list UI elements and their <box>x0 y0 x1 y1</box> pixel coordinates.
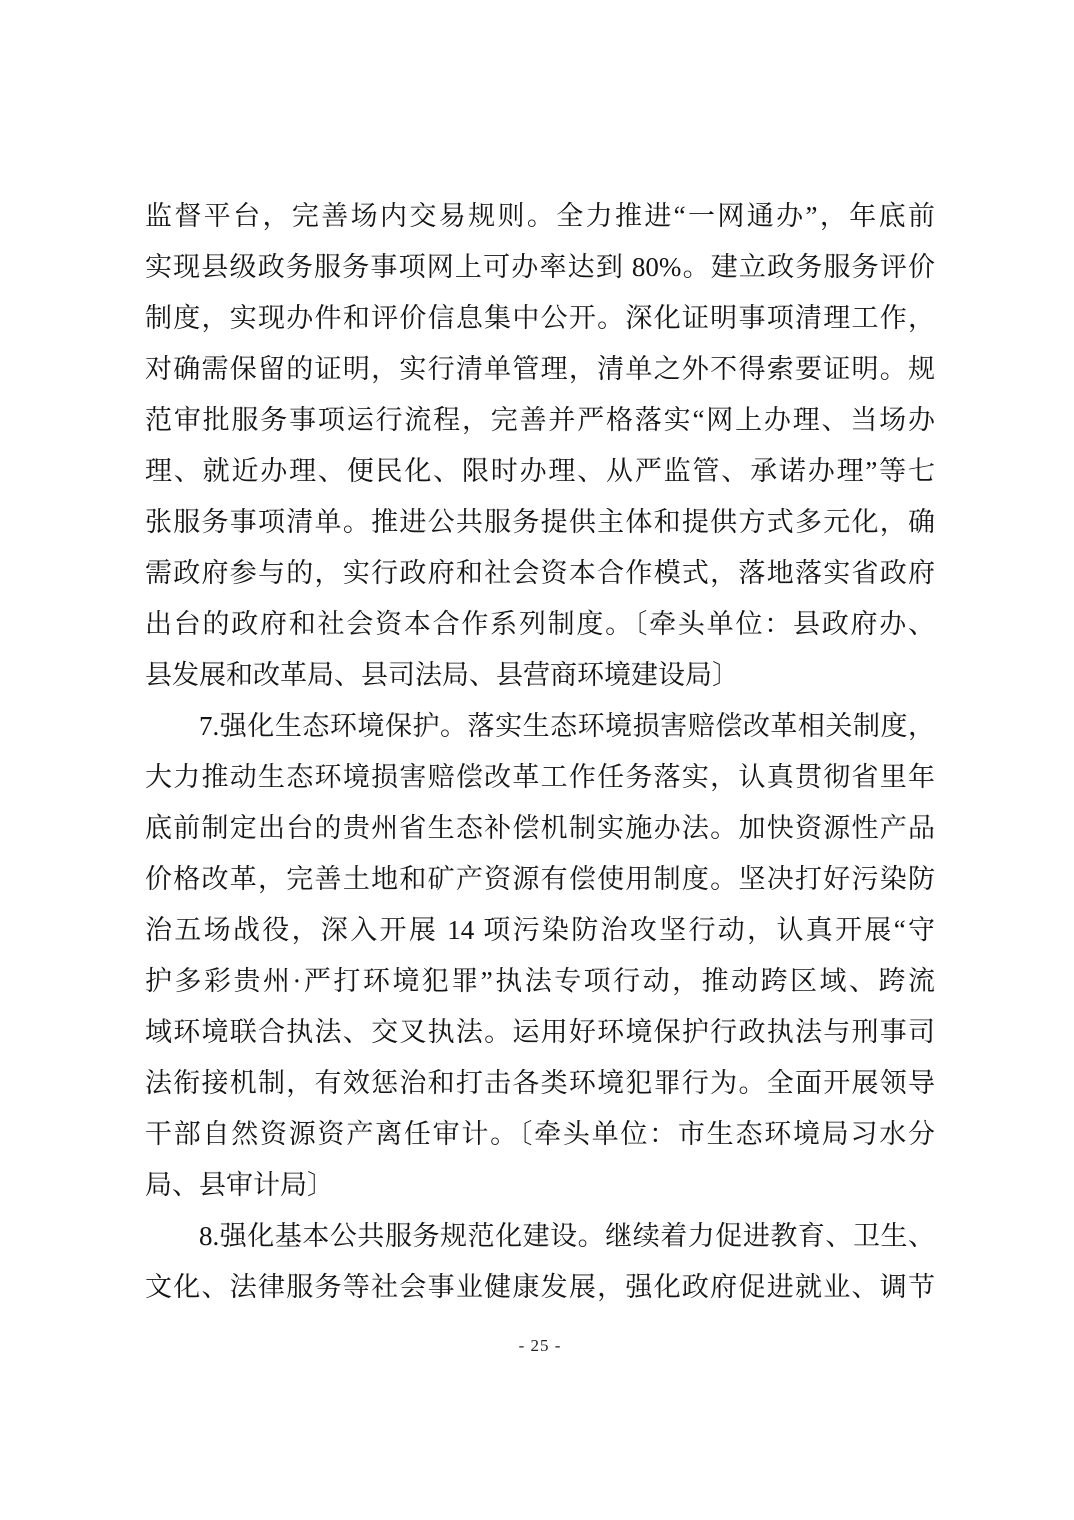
text-line: 出台的政府和社会资本合作系列制度。〔牵头单位：县政府办、 <box>145 599 935 650</box>
text-line: 大力推动生态环境损害赔偿改革工作任务落实，认真贯彻省里年 <box>145 752 935 803</box>
text-line: 对确需保留的证明，实行清单管理，清单之外不得索要证明。规 <box>145 344 935 395</box>
text-line: 7.强化生态环境保护。落实生态环境损害赔偿改革相关制度， <box>145 701 935 752</box>
text-line: 文化、法律服务等社会事业健康发展，强化政府促进就业、调节 <box>145 1262 935 1313</box>
text-line: 理、就近办理、便民化、限时办理、从严监管、承诺办理”等七 <box>145 446 935 497</box>
document-body: 监督平台，完善场内交易规则。全力推进“一网通办”，年底前实现县级政务服务事项网上… <box>145 191 935 1313</box>
text-line: 范审批服务事项运行流程，完善并严格落实“网上办理、当场办 <box>145 395 935 446</box>
page-background: 监督平台，完善场内交易规则。全力推进“一网通办”，年底前实现县级政务服务事项网上… <box>0 0 1074 1520</box>
document-page: { "document": { "language": "zh-CN", "li… <box>0 0 1074 1520</box>
text-line: 干部自然资源资产离任审计。〔牵头单位：市生态环境局习水分 <box>145 1109 935 1160</box>
text-line: 县发展和改革局、县司法局、县营商环境建设局〕 <box>145 650 935 701</box>
text-line: 局、县审计局〕 <box>145 1160 935 1211</box>
text-line: 治五场战役，深入开展 14 项污染防治攻坚行动，认真开展“守 <box>145 905 935 956</box>
text-line: 域环境联合执法、交叉执法。运用好环境保护行政执法与刑事司 <box>145 1007 935 1058</box>
text-line: 护多彩贵州·严打环境犯罪”执法专项行动，推动跨区域、跨流 <box>145 956 935 1007</box>
text-line: 法衔接机制，有效惩治和打击各类环境犯罪行为。全面开展领导 <box>145 1058 935 1109</box>
text-line: 制度，实现办件和评价信息集中公开。深化证明事项清理工作， <box>145 293 935 344</box>
page-number: - 25 - <box>145 1334 935 1358</box>
text-line: 底前制定出台的贵州省生态补偿机制实施办法。加快资源性产品 <box>145 803 935 854</box>
text-line: 实现县级政务服务事项网上可办率达到 80%。建立政务服务评价 <box>145 242 935 293</box>
text-line: 价格改革，完善土地和矿产资源有偿使用制度。坚决打好污染防 <box>145 854 935 905</box>
text-line: 8.强化基本公共服务规范化建设。继续着力促进教育、卫生、 <box>145 1211 935 1262</box>
text-line: 需政府参与的，实行政府和社会资本合作模式，落地落实省政府 <box>145 548 935 599</box>
text-line: 监督平台，完善场内交易规则。全力推进“一网通办”，年底前 <box>145 191 935 242</box>
text-line: 张服务事项清单。推进公共服务提供主体和提供方式多元化，确 <box>145 497 935 548</box>
